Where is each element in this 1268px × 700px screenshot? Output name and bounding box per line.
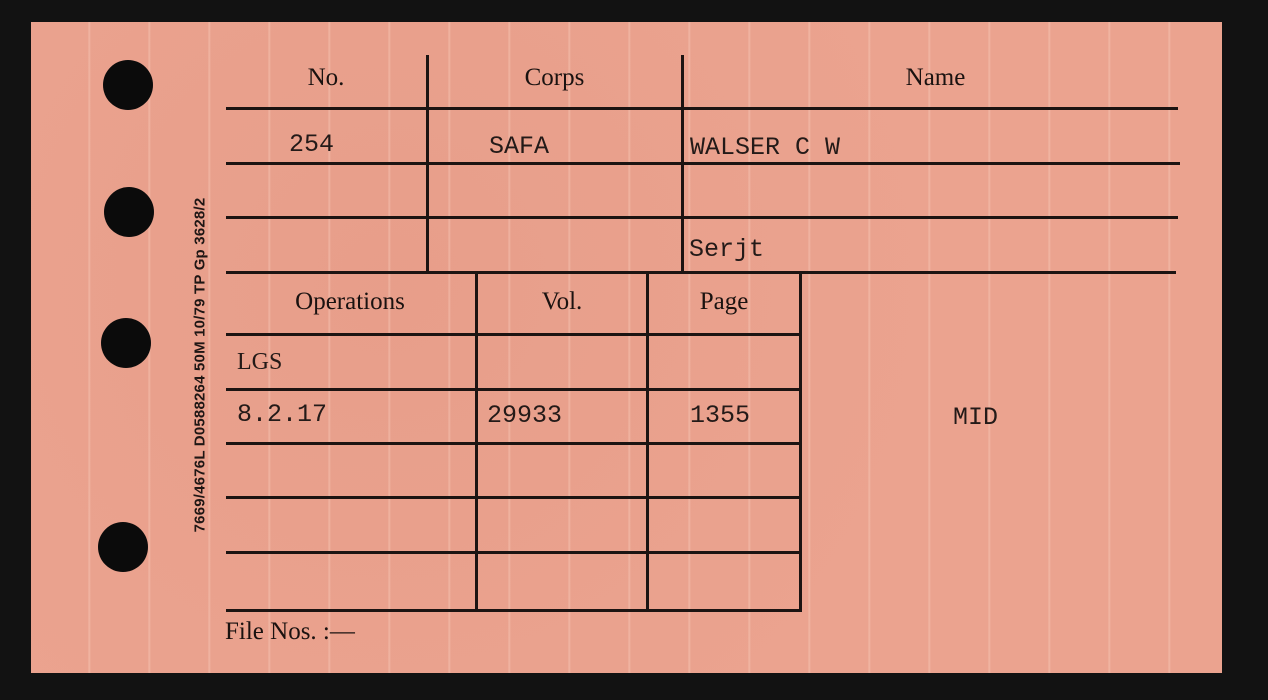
rule [799, 272, 802, 612]
rule [226, 333, 800, 336]
rule [226, 442, 800, 445]
header-name: Name [683, 64, 1188, 92]
rule [226, 496, 799, 499]
name-value: WALSER C W [690, 133, 840, 162]
punch-hole-3 [101, 318, 151, 368]
header-corps: Corps [428, 64, 681, 92]
header-vol: Vol. [478, 288, 646, 316]
punch-hole-2 [104, 187, 154, 237]
operations-cell: LGS [237, 349, 282, 376]
rank-value: Serjt [689, 235, 764, 264]
rule [226, 216, 1178, 219]
vol-cell: 29933 [487, 401, 562, 430]
rule [646, 272, 649, 611]
operations-cell: 8.2.17 [237, 400, 327, 429]
remark-mid: MID [953, 403, 998, 432]
file-nos-label: File Nos. :— [225, 618, 355, 646]
service-number: 254 [289, 130, 334, 159]
rule [475, 272, 478, 611]
corps-value: SAFA [489, 132, 549, 161]
header-operations: Operations [226, 288, 474, 316]
page-cell: 1355 [690, 401, 750, 430]
header-page: Page [649, 288, 799, 316]
rule [226, 271, 1176, 274]
print-code: 7669/4676L D0588264 50M 10/79 TP Gp 3628… [192, 198, 209, 533]
rule [226, 551, 799, 554]
header-no: No. [226, 64, 426, 92]
rule [226, 162, 1180, 165]
punch-hole-4 [98, 522, 148, 572]
rule [226, 388, 800, 391]
rule [226, 107, 1178, 110]
rule [226, 609, 802, 612]
record-card [31, 22, 1222, 673]
punch-hole-1 [103, 60, 153, 110]
